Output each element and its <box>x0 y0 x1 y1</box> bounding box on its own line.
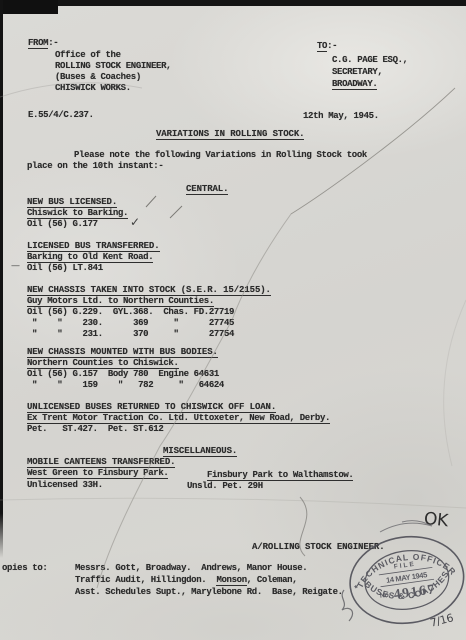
stamp-number-label: No. <box>379 591 391 599</box>
stock-row: Oil (56) LT.841 <box>27 263 103 273</box>
stamp-number: 49167 <box>393 582 437 603</box>
stock-row: Unsld. Pet. 29H <box>187 481 263 491</box>
section-route: Guy Motors Ltd. to Northern Counties. <box>27 296 214 306</box>
to-label: TO:- <box>317 41 337 51</box>
section-heading: MOBILE CANTEENS TRANSFERRED. <box>27 457 175 467</box>
stamp-date: 14 MAY 1945 <box>385 570 427 585</box>
section-route: West Green to Finsbury Park. <box>27 468 168 478</box>
section-heading: NEW CHASSIS MOUNTED WITH BUS BODIES. <box>27 347 218 357</box>
copies-label: opies to: <box>2 563 47 573</box>
scan-border-notch <box>0 0 58 14</box>
intro-text: place on the 10th instant:- <box>27 161 163 171</box>
copies-line: Messrs. Gott, Broadway. Andrews, Manor H… <box>75 563 307 573</box>
stock-row: " " 230. 369 " 27745 <box>27 318 234 328</box>
miscellaneous-heading: MISCELLANEOUS. <box>163 446 237 456</box>
to-line: SECRETARY, <box>332 67 383 77</box>
section-route: Ex Trent Motor Traction Co. Ltd. Uttoxet… <box>27 413 330 423</box>
to-line: BROADWAY. <box>332 79 377 89</box>
copies-line: Asst. Schedules Supt., Marylebone Rd. Ba… <box>75 587 343 597</box>
handwritten-ok: OK <box>423 509 449 531</box>
stock-row: " " 231. 370 " 27754 <box>27 329 234 339</box>
section-heading: UNLICENSED BUSES RETURNED TO CHISWICK OF… <box>27 402 276 412</box>
from-line: Office of the <box>55 50 121 60</box>
to-line: C.G. PAGE ESQ., <box>332 55 408 65</box>
section-route: Chiswick to Barking. <box>27 208 128 218</box>
scan-border-top <box>0 0 466 6</box>
stamp-file-label: FILE <box>393 561 416 571</box>
from-label: FROM:- <box>28 38 58 48</box>
stock-row: Unlicensed 33H. <box>27 480 103 490</box>
scan-border-left <box>0 0 3 558</box>
date: 12th May, 1945. <box>303 111 379 121</box>
stock-row: Oil (56) G.229. GYL.368. Chas. FD.27719 <box>27 307 234 317</box>
stock-row: Oil (56) G.177 <box>27 219 98 229</box>
reference-number: E.55/4/C.237. <box>28 110 94 120</box>
tick-mark: ✓ <box>130 215 140 229</box>
section-route: Finsbury Park to Walthamstow. <box>207 470 353 480</box>
stock-row: Pet. ST.427. Pet. ST.612 <box>27 424 163 434</box>
dash-mark: — <box>11 261 20 271</box>
section-heading: NEW BUS LICENSED. <box>27 197 117 207</box>
from-line: (Buses & Coaches) <box>55 72 141 82</box>
copies-line: Traffic Audit, Hillingdon. Monson, Colem… <box>75 575 297 585</box>
stock-row: Oil (56) G.157 Body 780 Engine 64631 <box>27 369 219 379</box>
section-heading: LICENSED BUS TRANSFERRED. <box>27 241 160 251</box>
section-heading: NEW CHASSIS TAKEN INTO STOCK (S.E.R. 15/… <box>27 285 271 295</box>
stock-row: " " 159 " 782 " 64624 <box>27 380 224 390</box>
section-route: Barking to Old Kent Road. <box>27 252 153 262</box>
section-route: Northern Counties to Chiswick. <box>27 358 179 368</box>
intro-text: Please note the following Variations in … <box>74 150 367 160</box>
from-line: ROLLING STOCK ENGINEER, <box>55 61 171 71</box>
from-line: CHISWICK WORKS. <box>55 83 131 93</box>
memo-document: FROM:- Office of the ROLLING STOCK ENGIN… <box>0 0 466 640</box>
central-heading: CENTRAL. <box>186 184 228 194</box>
document-title: VARIATIONS IN ROLLING STOCK. <box>156 129 304 139</box>
